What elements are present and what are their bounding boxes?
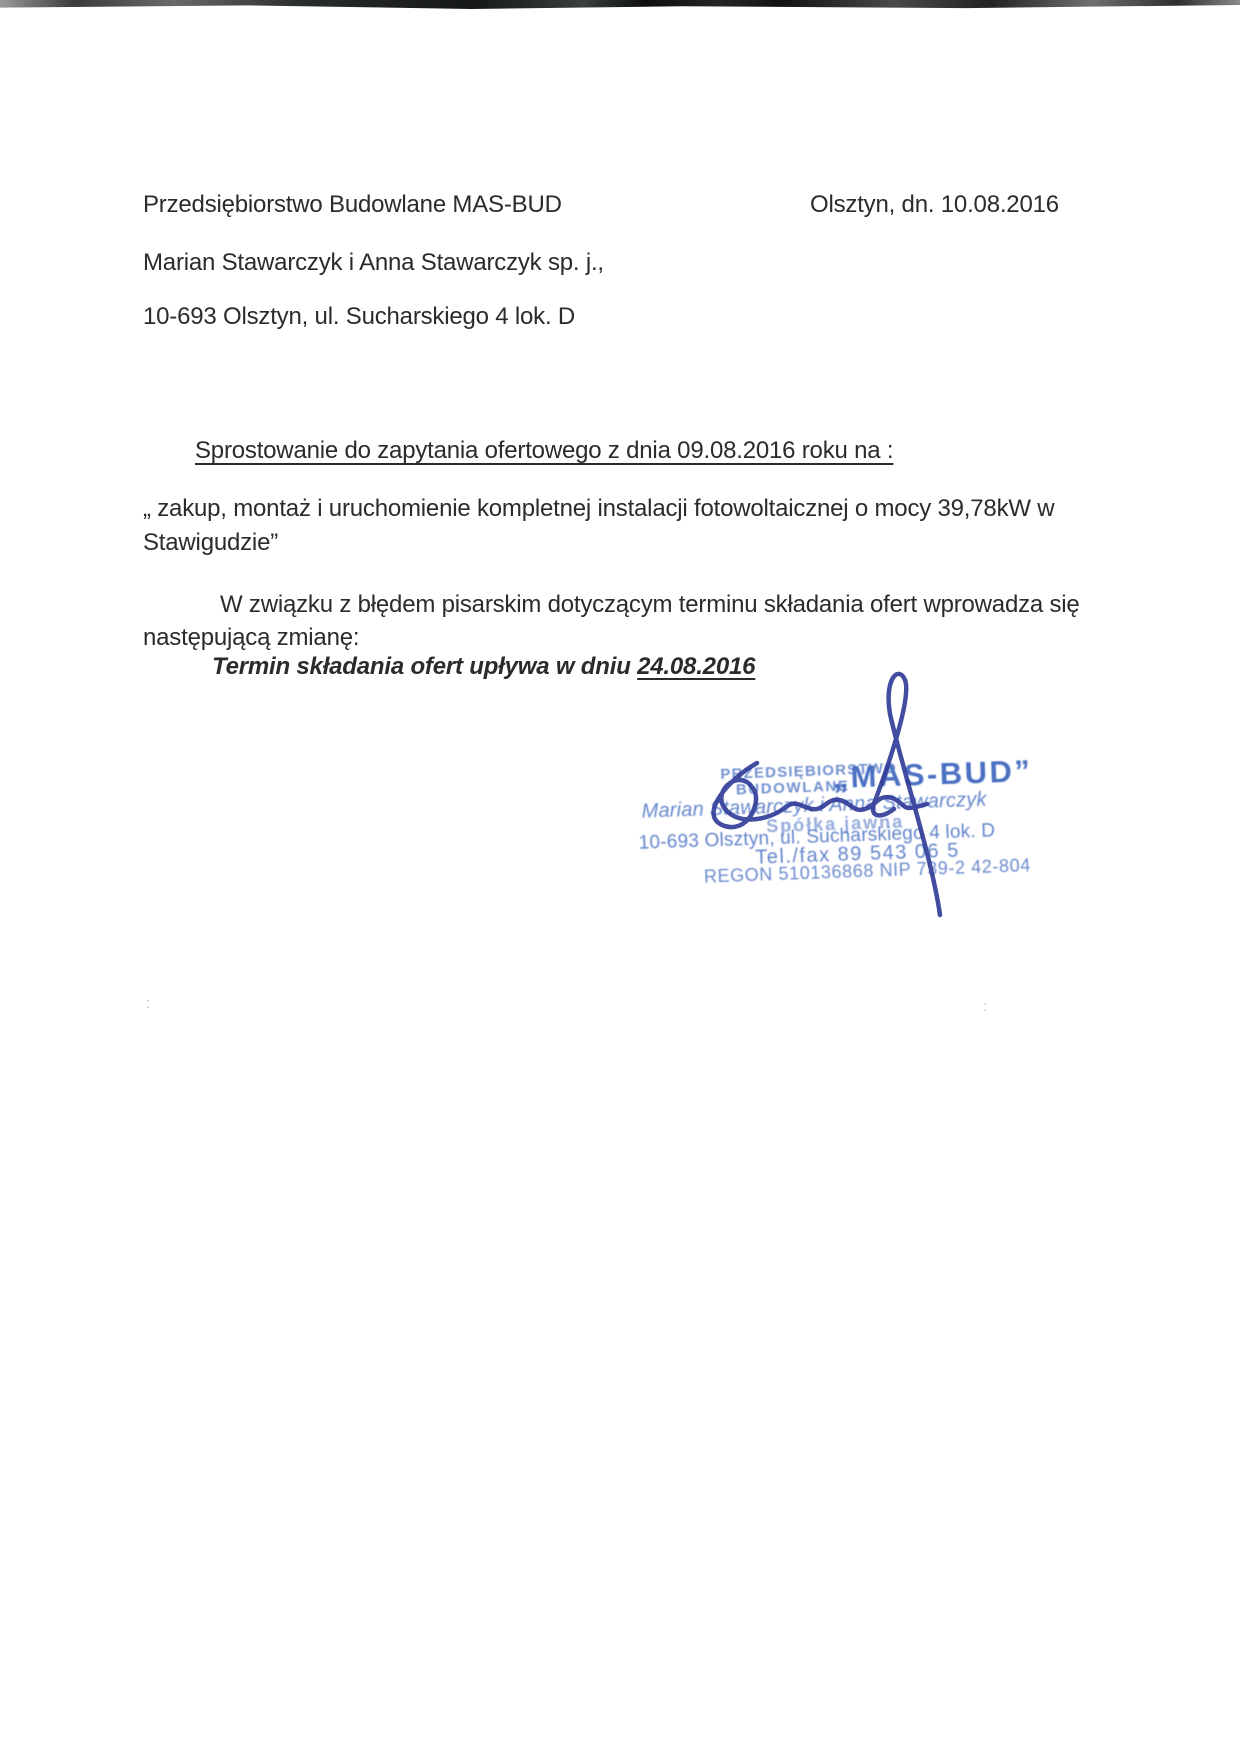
quote-line-1: „ zakup, montaż i uruchomienie kompletne…	[143, 494, 1054, 524]
scan-edge-artifact	[0, 0, 1240, 9]
company-stamp: PRZEDSIĘBIORSTWO BUDOWLANE „MAS-BUD” Mar…	[636, 751, 1032, 887]
body-line-1: W związku z błędem pisarskim dotyczącym …	[220, 590, 1080, 620]
place-date: Olsztyn, dn. 10.08.2016	[810, 190, 1059, 220]
deadline-line: Termin składania ofert upływa w dniu 24.…	[212, 652, 755, 682]
stamp-regon-nip: REGON 510136868 NIP 739-2 42-804	[704, 855, 1032, 887]
deadline-date: 24.08.2016	[637, 653, 755, 680]
sender-owners: Marian Stawarczyk i Anna Stawarczyk sp. …	[143, 248, 604, 278]
letter-page: Przedsiębiorstwo Budowlane MAS-BUD Maria…	[0, 0, 1240, 1754]
scan-speck: :	[983, 999, 987, 1014]
sender-name: Przedsiębiorstwo Budowlane MAS-BUD	[143, 190, 562, 220]
deadline-text: Termin składania ofert upływa w dniu	[212, 653, 637, 680]
body-line-2: następującą zmianę:	[143, 623, 359, 653]
scan-speck: :	[146, 996, 150, 1011]
sender-address: 10-693 Olsztyn, ul. Sucharskiego 4 lok. …	[143, 302, 575, 332]
subject-heading: Sprostowanie do zapytania ofertowego z d…	[195, 436, 893, 466]
quote-line-2: Stawigudzie”	[143, 528, 278, 558]
